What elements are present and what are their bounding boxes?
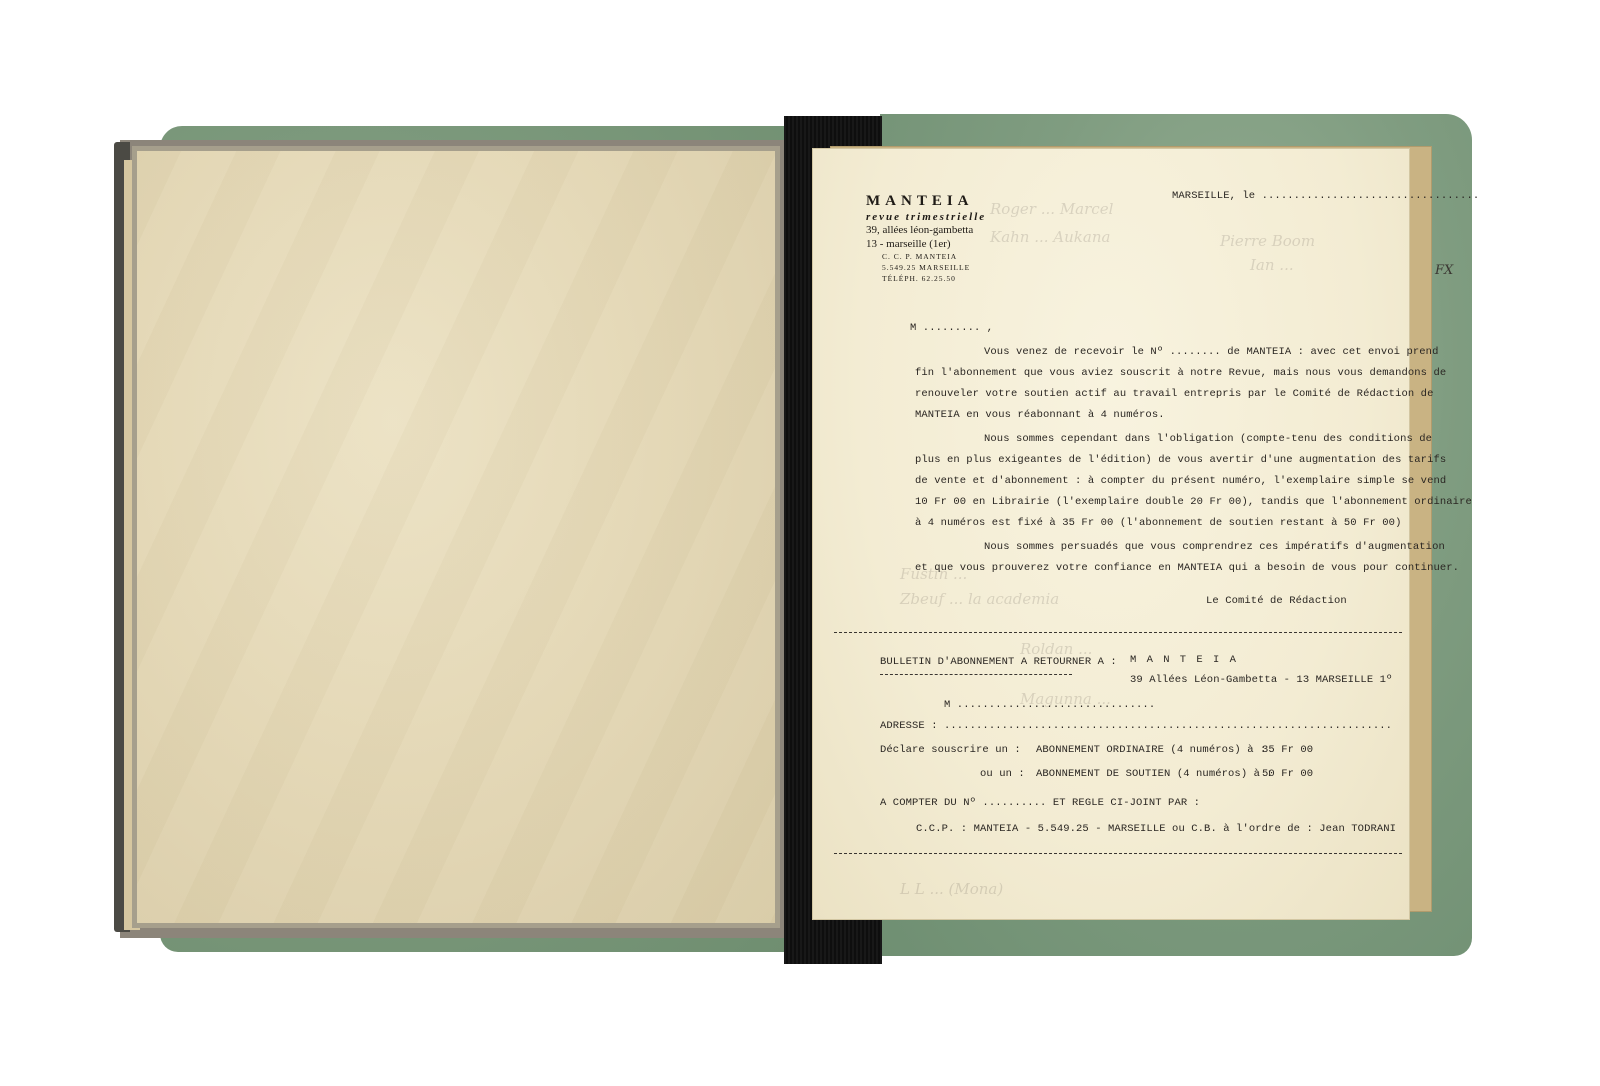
coupon-option-2-prefix: ou un : — [980, 768, 1025, 780]
paragraph-1-line-4: MANTEIA en vous réabonnant à 4 numéros. — [915, 409, 1165, 421]
coupon-option-1-price: 35 Fr 00 — [1262, 744, 1313, 756]
coupon-heading-underline — [880, 674, 1072, 675]
coupon-recipient-address: 39 Allées Léon-Gambetta - 13 MARSEILLE 1… — [1130, 674, 1392, 686]
letterhead: MANTEIA revue trimestrielle 39, allées l… — [866, 193, 986, 284]
paragraph-1-line-2: fin l'abonnement que vous aviez souscrit… — [915, 367, 1446, 379]
salutation: M ......... , — [910, 322, 993, 334]
letterhead-ccp-number: 5.549.25 MARSEILLE — [882, 262, 986, 273]
margin-mark: FX — [1435, 263, 1453, 278]
letterhead-address-2: 13 - marseille (1er) — [866, 237, 986, 251]
coupon-heading: BULLETIN D'ABONNEMENT A RETOURNER A : — [880, 656, 1117, 668]
coupon-name-field[interactable]: M ............................... — [944, 699, 1155, 711]
left-page-blank — [132, 146, 780, 928]
paragraph-3-line-2: et que vous prouverez votre confiance en… — [915, 562, 1459, 574]
letterhead-phone: TÉLÉPH. 62.25.50 — [882, 273, 986, 284]
paragraph-2-line-4: 10 Fr 00 en Librairie (l'exemplaire doub… — [915, 496, 1472, 508]
letterhead-subtitle: revue trimestrielle — [866, 211, 986, 223]
letterhead-title: MANTEIA — [866, 193, 986, 210]
dateline: MARSEILLE, le ..........................… — [1172, 190, 1479, 202]
cut-line-bottom — [834, 853, 1402, 854]
paragraph-2-line-2: plus en plus exigeantes de l'édition) de… — [915, 454, 1446, 466]
coupon-option-soutien[interactable]: ABONNEMENT DE SOUTIEN (4 numéros) à : — [1036, 768, 1273, 780]
coupon-start-line[interactable]: A COMPTER DU Nº .......... ET REGLE CI-J… — [880, 797, 1200, 809]
signature: Le Comité de Rédaction — [1206, 595, 1347, 607]
coupon-payment-line: C.C.P. : MANTEIA - 5.549.25 - MARSEILLE … — [916, 823, 1396, 835]
coupon-option-ordinaire[interactable]: ABONNEMENT ORDINAIRE (4 numéros) à : — [1036, 744, 1266, 756]
paragraph-1-line-1: Vous venez de recevoir le Nº ........ de… — [984, 346, 1438, 358]
cut-line-top — [834, 632, 1402, 633]
coupon-option-1-prefix: Déclare souscrire un : — [880, 744, 1021, 756]
letterhead-ccp: C. C. P. MANTEIA — [882, 251, 986, 262]
coupon-option-2-price: 50 Fr 00 — [1262, 768, 1313, 780]
paragraph-3-line-1: Nous sommes persuadés que vous comprendr… — [984, 541, 1445, 553]
letterhead-address-1: 39, allées léon-gambetta — [866, 223, 986, 237]
coupon-recipient-name: M A N T E I A — [1130, 654, 1238, 666]
paragraph-2-line-5: à 4 numéros est fixé à 35 Fr 00 (l'abonn… — [915, 517, 1401, 529]
coupon-address-field[interactable]: ADRESSE : ..............................… — [880, 720, 1392, 732]
paragraph-1-line-3: renouveler votre soutien actif au travai… — [915, 388, 1433, 400]
paragraph-2-line-1: Nous sommes cependant dans l'obligation … — [984, 433, 1432, 445]
paragraph-2-line-3: de vente et d'abonnement : à compter du … — [915, 475, 1446, 487]
